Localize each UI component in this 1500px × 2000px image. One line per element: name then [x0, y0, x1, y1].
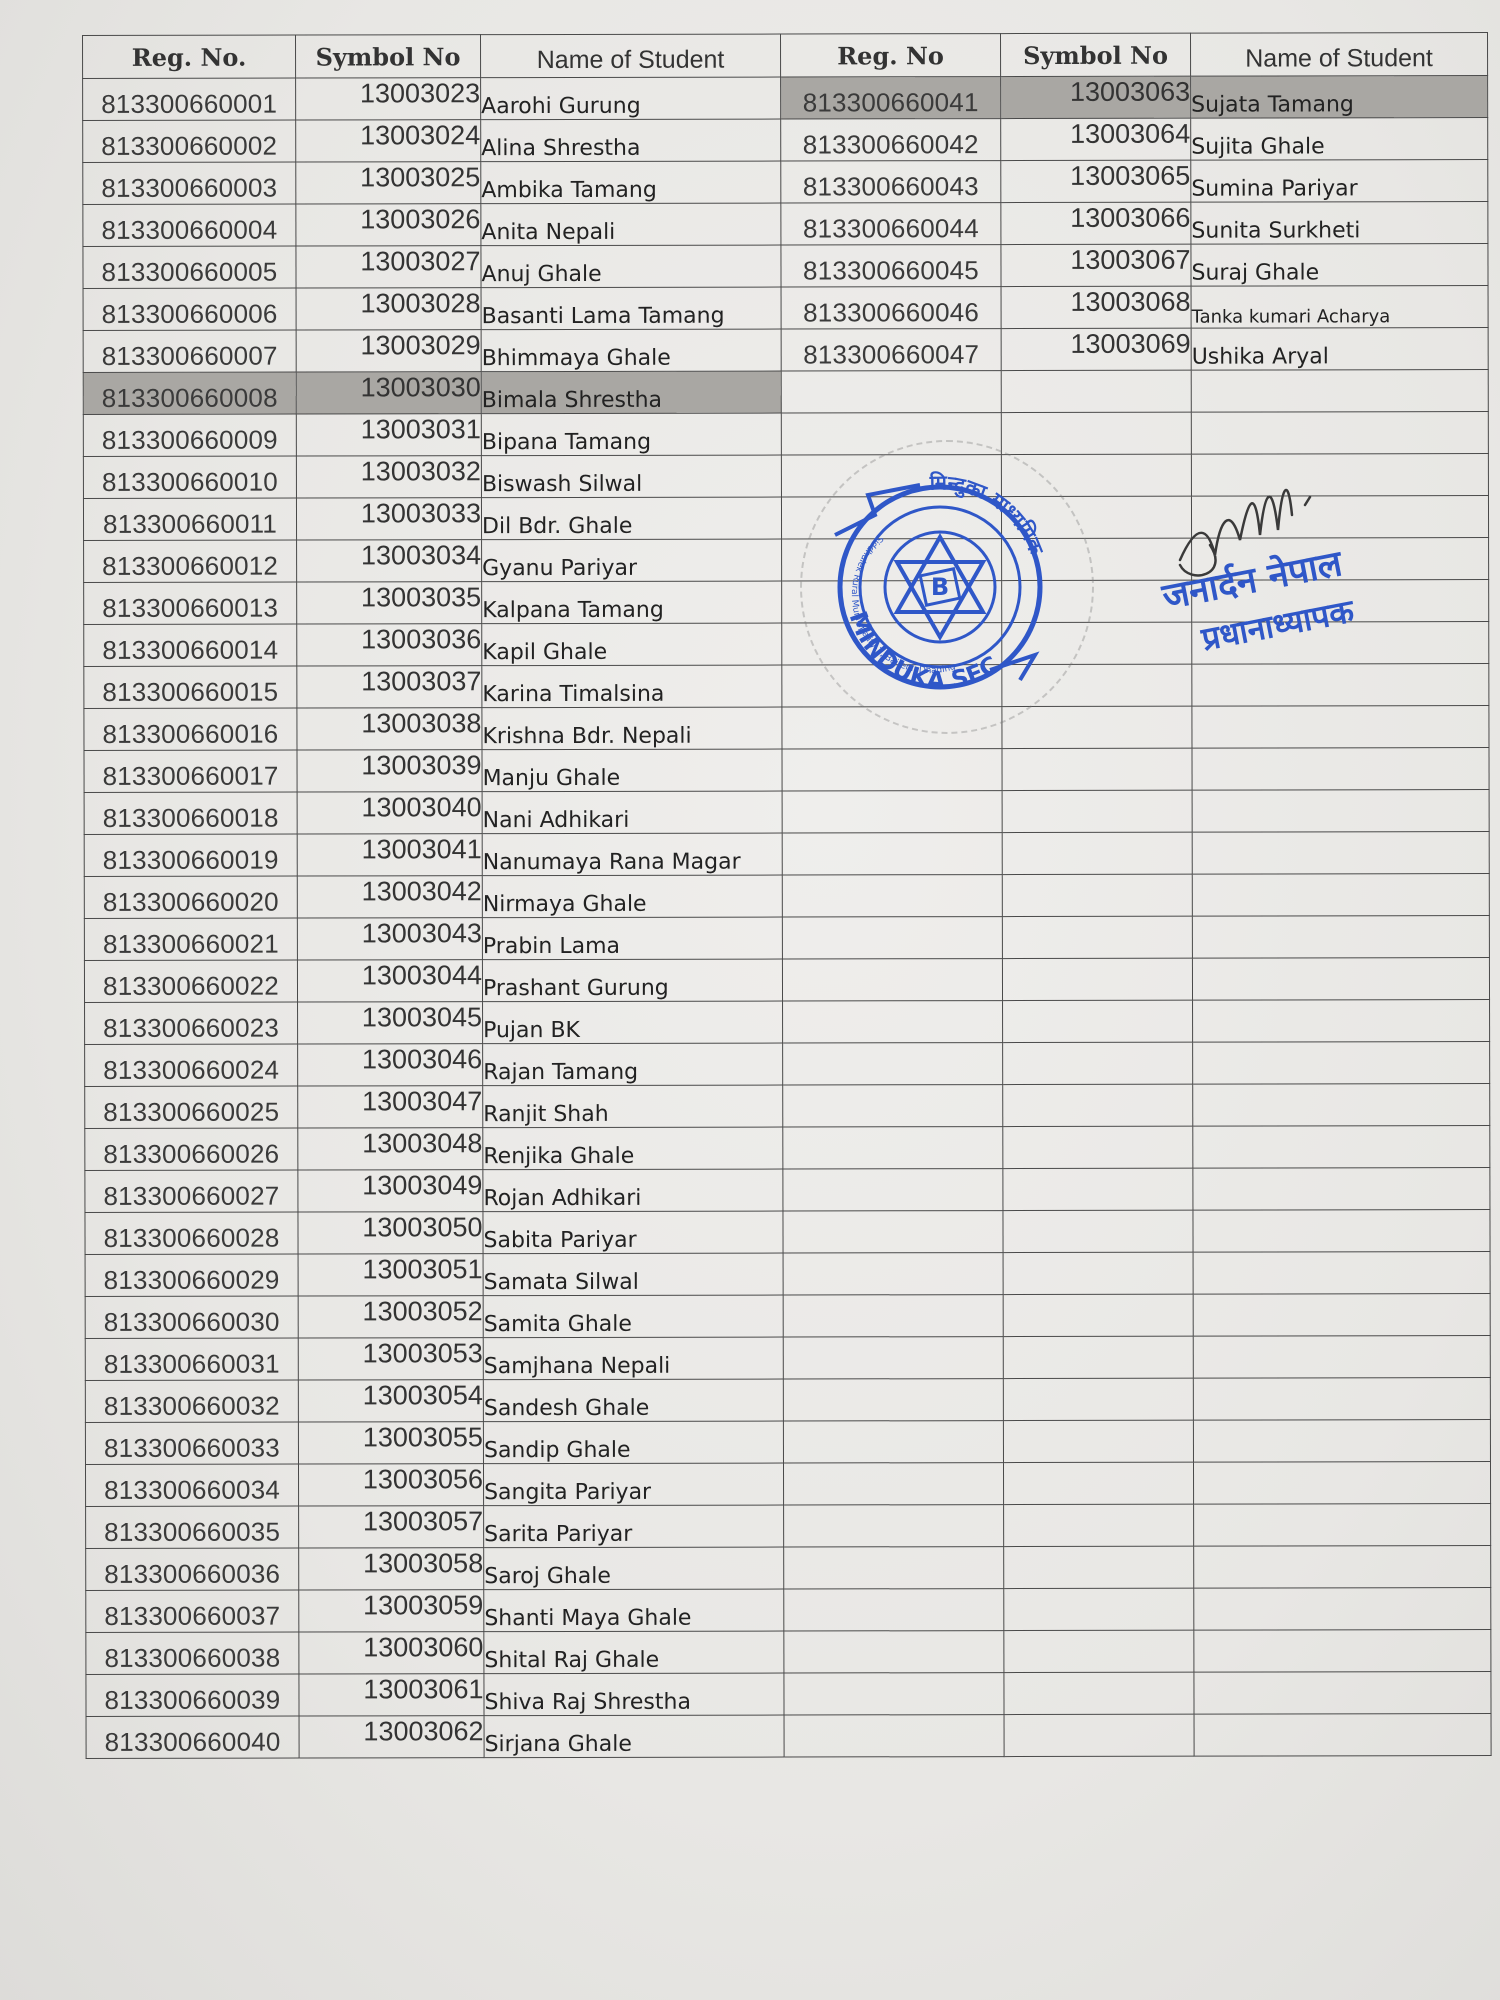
symbol-no-cell: 13003048	[298, 1128, 483, 1170]
empty-cell	[1004, 1672, 1194, 1714]
empty-cell	[1002, 958, 1192, 1000]
empty-cell	[1004, 1504, 1194, 1546]
symbol-no-cell: 13003062	[299, 1716, 484, 1758]
empty-cell	[784, 1589, 1004, 1631]
student-name-cell: Nanumaya Rana Magar	[482, 833, 782, 876]
reg-no-cell: 813300660010	[83, 456, 296, 498]
empty-cell	[784, 1673, 1004, 1715]
empty-cell	[1193, 1420, 1490, 1463]
symbol-no-cell: 13003066	[1001, 202, 1191, 244]
symbol-no-cell: 13003024	[296, 120, 481, 162]
symbol-no-cell: 13003034	[297, 540, 482, 582]
student-name-cell: Sumina Pariyar	[1191, 160, 1488, 203]
symbol-no-cell: 13003068	[1001, 286, 1191, 328]
student-name-cell: Sandesh Ghale	[483, 1379, 783, 1422]
empty-cell	[1194, 1588, 1491, 1631]
empty-cell	[1004, 1546, 1194, 1588]
table-row: 81330066003613003058Saroj Ghale	[86, 1546, 1491, 1591]
student-name-cell: Bipana Tamang	[481, 413, 781, 456]
empty-cell	[782, 581, 1002, 623]
symbol-no-cell: 13003059	[299, 1590, 484, 1632]
empty-cell	[781, 497, 1001, 539]
table-body: 81330066000113003023Aarohi Gurung8133006…	[83, 76, 1492, 1759]
symbol-no-cell: 13003067	[1001, 244, 1191, 286]
student-name-cell: Sujita Ghale	[1191, 118, 1488, 161]
empty-cell	[783, 1421, 1003, 1463]
symbol-no-cell: 13003030	[296, 372, 481, 414]
empty-cell	[1194, 1672, 1491, 1715]
empty-cell	[781, 455, 1001, 497]
empty-cell	[783, 1169, 1003, 1211]
empty-cell	[782, 539, 1002, 581]
reg-no-cell: 813300660030	[85, 1296, 298, 1338]
table-row: 81330066001013003032Biswash Silwal	[83, 454, 1488, 499]
reg-no-cell: 813300660012	[84, 540, 297, 582]
student-name-cell: Sirjana Ghale	[484, 1715, 784, 1758]
empty-cell	[1003, 1084, 1193, 1126]
empty-cell	[1003, 1126, 1193, 1168]
empty-cell	[1193, 1084, 1490, 1127]
empty-cell	[1193, 1000, 1490, 1043]
reg-no-cell: 813300660007	[83, 330, 296, 372]
symbol-no-cell: 13003036	[297, 624, 482, 666]
student-name-cell: Krishna Bdr. Nepali	[482, 707, 782, 750]
empty-cell	[782, 665, 1002, 707]
symbol-no-cell: 13003054	[298, 1380, 483, 1422]
empty-cell	[1003, 1336, 1193, 1378]
student-name-cell: Pujan BK	[483, 1001, 783, 1044]
student-name-cell: Ranjit Shah	[483, 1085, 783, 1128]
reg-no-cell: 813300660004	[83, 204, 296, 246]
reg-no-cell: 813300660042	[781, 119, 1001, 161]
student-name-cell: Karina Timalsina	[482, 665, 782, 708]
student-name-cell: Renjika Ghale	[483, 1127, 783, 1170]
table-row: 81330066001813003040Nani Adhikari	[84, 790, 1489, 835]
header-name-left: Name of Student	[481, 34, 781, 78]
reg-no-cell: 813300660038	[86, 1632, 299, 1674]
symbol-no-cell: 13003027	[296, 246, 481, 288]
symbol-no-cell: 13003061	[299, 1674, 484, 1716]
student-name-cell: Saroj Ghale	[484, 1547, 784, 1590]
empty-cell	[1004, 1714, 1194, 1756]
empty-cell	[1193, 1462, 1490, 1505]
table-row: 81330066002413003046Rajan Tamang	[85, 1042, 1490, 1087]
student-name-cell: Prashant Gurung	[482, 959, 782, 1002]
empty-cell	[784, 1547, 1004, 1589]
symbol-no-cell: 13003033	[296, 498, 481, 540]
reg-no-cell: 813300660025	[85, 1086, 298, 1128]
empty-cell	[1001, 454, 1191, 496]
empty-cell	[782, 959, 1002, 1001]
reg-no-cell: 813300660032	[85, 1380, 298, 1422]
symbol-no-cell: 13003055	[298, 1422, 483, 1464]
reg-no-cell: 813300660028	[85, 1212, 298, 1254]
symbol-no-cell: 13003029	[296, 330, 481, 372]
student-name-cell: Shiva Raj Shrestha	[484, 1673, 784, 1716]
symbol-no-cell: 13003065	[1001, 160, 1191, 202]
student-name-cell: Basanti Lama Tamang	[481, 287, 781, 330]
student-name-cell: Shital Raj Ghale	[484, 1631, 784, 1674]
symbol-no-cell: 13003044	[297, 960, 482, 1002]
symbol-no-cell: 13003058	[299, 1548, 484, 1590]
table-row: 81330066002313003045Pujan BK	[85, 1000, 1490, 1045]
student-name-cell: Anuj Ghale	[481, 245, 781, 288]
symbol-no-cell: 13003043	[297, 918, 482, 960]
empty-cell	[1192, 664, 1489, 707]
symbol-no-cell: 13003028	[296, 288, 481, 330]
student-name-cell: Samjhana Nepali	[483, 1337, 783, 1380]
table-row: 81330066002213003044Prashant Gurung	[84, 958, 1489, 1003]
reg-no-cell: 813300660047	[781, 329, 1001, 371]
student-name-cell: Kapil Ghale	[482, 623, 782, 666]
table-row: 81330066001713003039Manju Ghale	[84, 748, 1489, 793]
empty-cell	[1002, 832, 1192, 874]
empty-cell	[783, 1253, 1003, 1295]
empty-cell	[783, 1337, 1003, 1379]
symbol-no-cell: 13003052	[298, 1296, 483, 1338]
table-row: 81330066002013003042Nirmaya Ghale	[84, 874, 1489, 919]
empty-cell	[782, 749, 1002, 791]
symbol-no-cell: 13003060	[299, 1632, 484, 1674]
empty-cell	[1003, 1000, 1193, 1042]
symbol-no-cell: 13003051	[298, 1254, 483, 1296]
table-row: 81330066001613003038Krishna Bdr. Nepali	[84, 706, 1489, 751]
empty-cell	[1004, 1630, 1194, 1672]
empty-cell	[1194, 1714, 1491, 1757]
reg-no-cell: 813300660034	[85, 1464, 298, 1506]
empty-cell	[782, 875, 1002, 917]
empty-cell	[783, 1043, 1003, 1085]
empty-cell	[1193, 1210, 1490, 1253]
empty-cell	[1192, 832, 1489, 875]
symbol-no-cell: 13003037	[297, 666, 482, 708]
empty-cell	[1194, 1504, 1491, 1547]
reg-no-cell: 813300660008	[83, 372, 296, 414]
empty-cell	[781, 413, 1001, 455]
student-name-cell: Kalpana Tamang	[482, 581, 782, 624]
symbol-no-cell: 13003035	[297, 582, 482, 624]
student-name-cell: Rojan Adhikari	[483, 1169, 783, 1212]
reg-no-cell: 813300660022	[84, 960, 297, 1002]
empty-cell	[782, 917, 1002, 959]
symbol-no-cell: 13003041	[297, 834, 482, 876]
student-name-cell: Dil Bdr. Ghale	[481, 497, 781, 540]
table-row: 81330066003313003055Sandip Ghale	[85, 1420, 1490, 1465]
reg-no-cell: 813300660017	[84, 750, 297, 792]
reg-no-cell: 813300660024	[85, 1044, 298, 1086]
student-register-table: Reg. No. Symbol No Name of Student Reg. …	[82, 32, 1492, 1759]
header-symbol-no-right: Symbol No	[1000, 33, 1190, 76]
reg-no-cell: 813300660006	[83, 288, 296, 330]
reg-no-cell: 813300660003	[83, 162, 296, 204]
table-row: 81330066002913003051Samata Silwal	[85, 1252, 1490, 1297]
reg-no-cell: 813300660005	[83, 246, 296, 288]
table-row: 81330066003213003054Sandesh Ghale	[85, 1378, 1490, 1423]
student-name-cell: Samita Ghale	[483, 1295, 783, 1338]
symbol-no-cell: 13003026	[296, 204, 481, 246]
table-row: 81330066000513003027Anuj Ghale8133006600…	[83, 244, 1488, 289]
symbol-no-cell: 13003025	[296, 162, 481, 204]
empty-cell	[1193, 1336, 1490, 1379]
table-row: 81330066002613003048Renjika Ghale	[85, 1126, 1490, 1171]
reg-no-cell: 813300660023	[85, 1002, 298, 1044]
student-name-cell: Bimala Shrestha	[481, 371, 781, 414]
table-row: 81330066002113003043Prabin Lama	[84, 916, 1489, 961]
empty-cell	[1003, 1420, 1193, 1462]
empty-cell	[1003, 1168, 1193, 1210]
reg-no-cell: 813300660020	[84, 876, 297, 918]
table-row: 81330066003013003052Samita Ghale	[85, 1294, 1490, 1339]
table-row: 81330066000813003030Bimala Shrestha	[83, 370, 1488, 415]
student-name-cell: Tanka kumari Acharya	[1191, 286, 1488, 329]
table-row: 81330066000213003024Alina Shrestha813300…	[83, 118, 1488, 163]
symbol-no-cell: 13003023	[296, 78, 481, 120]
empty-cell	[1001, 370, 1191, 412]
empty-cell	[783, 1211, 1003, 1253]
table-row: 81330066001913003041Nanumaya Rana Magar	[84, 832, 1489, 877]
empty-cell	[782, 791, 1002, 833]
empty-cell	[1191, 454, 1488, 497]
student-name-cell: Nani Adhikari	[482, 791, 782, 834]
empty-cell	[1003, 1252, 1193, 1294]
empty-cell	[1193, 1252, 1490, 1295]
empty-cell	[783, 1085, 1003, 1127]
empty-cell	[783, 1295, 1003, 1337]
empty-cell	[1002, 916, 1192, 958]
symbol-no-cell: 13003069	[1001, 328, 1191, 370]
table-row: 81330066000413003026Anita Nepali81330066…	[83, 202, 1488, 247]
empty-cell	[1194, 1630, 1491, 1673]
empty-cell	[1002, 874, 1192, 916]
empty-cell	[783, 1127, 1003, 1169]
table-row: 81330066003513003057Sarita Pariyar	[86, 1504, 1491, 1549]
empty-cell	[783, 1463, 1003, 1505]
student-name-cell: Aarohi Gurung	[481, 77, 781, 120]
table-row: 81330066002713003049Rojan Adhikari	[85, 1168, 1490, 1213]
empty-cell	[1002, 748, 1192, 790]
student-name-cell: Sujata Tamang	[1191, 76, 1488, 119]
empty-cell	[782, 623, 1002, 665]
reg-no-cell: 813300660009	[83, 414, 296, 456]
student-name-cell: Suraj Ghale	[1191, 244, 1488, 287]
symbol-no-cell: 13003047	[298, 1086, 483, 1128]
empty-cell	[1192, 706, 1489, 749]
table-row: 81330066002513003047Ranjit Shah	[85, 1084, 1490, 1129]
table-row: 81330066000713003029Bhimmaya Ghale813300…	[83, 328, 1488, 373]
empty-cell	[1191, 412, 1488, 455]
reg-no-cell: 813300660027	[85, 1170, 298, 1212]
empty-cell	[781, 371, 1001, 413]
empty-cell	[1192, 958, 1489, 1001]
symbol-no-cell: 13003046	[298, 1044, 483, 1086]
student-name-cell: Anita Nepali	[481, 203, 781, 246]
empty-cell	[783, 1379, 1003, 1421]
table-row: 81330066000913003031Bipana Tamang	[83, 412, 1488, 457]
empty-cell	[1002, 622, 1192, 664]
empty-cell	[784, 1505, 1004, 1547]
empty-cell	[1194, 1546, 1491, 1589]
empty-cell	[1004, 1588, 1194, 1630]
reg-no-cell: 813300660040	[86, 1716, 299, 1758]
student-name-cell: Ambika Tamang	[481, 161, 781, 204]
table-header-row: Reg. No. Symbol No Name of Student Reg. …	[83, 33, 1488, 79]
empty-cell	[1003, 1042, 1193, 1084]
symbol-no-cell: 13003053	[298, 1338, 483, 1380]
reg-no-cell: 813300660045	[781, 245, 1001, 287]
empty-cell	[1003, 1462, 1193, 1504]
table-row: 81330066003413003056Sangita Pariyar	[85, 1462, 1490, 1507]
symbol-no-cell: 13003064	[1001, 118, 1191, 160]
reg-no-cell: 813300660002	[83, 120, 296, 162]
empty-cell	[784, 1715, 1004, 1757]
empty-cell	[782, 833, 1002, 875]
student-name-cell: Samata Silwal	[483, 1253, 783, 1296]
empty-cell	[1193, 1168, 1490, 1211]
header-name-right: Name of Student	[1190, 33, 1487, 77]
student-name-cell: Nirmaya Ghale	[482, 875, 782, 918]
symbol-no-cell: 13003063	[1001, 76, 1191, 118]
reg-no-cell: 813300660018	[84, 792, 297, 834]
table-row: 81330066003813003060Shital Raj Ghale	[86, 1630, 1491, 1675]
student-name-cell: Shanti Maya Ghale	[484, 1589, 784, 1632]
empty-cell	[1192, 874, 1489, 917]
reg-no-cell: 813300660039	[86, 1674, 299, 1716]
student-name-cell: Sabita Pariyar	[483, 1211, 783, 1254]
reg-no-cell: 813300660031	[85, 1338, 298, 1380]
empty-cell	[1003, 1378, 1193, 1420]
empty-cell	[782, 707, 1002, 749]
symbol-no-cell: 13003045	[298, 1002, 483, 1044]
empty-cell	[1002, 664, 1192, 706]
symbol-no-cell: 13003040	[297, 792, 482, 834]
empty-cell	[784, 1631, 1004, 1673]
symbol-no-cell: 13003056	[298, 1464, 483, 1506]
table-row: 81330066000113003023Aarohi Gurung8133006…	[83, 76, 1488, 121]
symbol-no-cell: 13003042	[297, 876, 482, 918]
student-name-cell: Gyanu Pariyar	[482, 539, 782, 582]
student-name-cell: Manju Ghale	[482, 749, 782, 792]
reg-no-cell: 813300660044	[781, 203, 1001, 245]
student-name-cell: Sangita Pariyar	[483, 1463, 783, 1506]
reg-no-cell: 813300660015	[84, 666, 297, 708]
symbol-no-cell: 13003050	[298, 1212, 483, 1254]
reg-no-cell: 813300660026	[85, 1128, 298, 1170]
reg-no-cell: 813300660041	[781, 77, 1001, 119]
reg-no-cell: 813300660043	[781, 161, 1001, 203]
reg-no-cell: 813300660011	[83, 498, 296, 540]
student-name-cell: Ushika Aryal	[1191, 328, 1488, 371]
empty-cell	[1193, 1378, 1490, 1421]
header-reg-no-right: Reg. No	[780, 34, 1000, 77]
empty-cell	[783, 1001, 1003, 1043]
empty-cell	[1193, 1294, 1490, 1337]
reg-no-cell: 813300660013	[84, 582, 297, 624]
header-symbol-no-left: Symbol No	[296, 35, 481, 78]
empty-cell	[1192, 790, 1489, 833]
student-name-cell: Sunita Surkheti	[1191, 202, 1488, 245]
reg-no-cell: 813300660014	[84, 624, 297, 666]
symbol-no-cell: 13003038	[297, 708, 482, 750]
empty-cell	[1002, 790, 1192, 832]
reg-no-cell: 813300660036	[86, 1548, 299, 1590]
reg-no-cell: 813300660019	[84, 834, 297, 876]
student-name-cell: Sandip Ghale	[483, 1421, 783, 1464]
table-row: 81330066003113003053Samjhana Nepali	[85, 1336, 1490, 1381]
symbol-no-cell: 13003039	[297, 750, 482, 792]
reg-no-cell: 813300660016	[84, 708, 297, 750]
student-name-cell: Bhimmaya Ghale	[481, 329, 781, 372]
reg-no-cell: 813300660021	[84, 918, 297, 960]
header-reg-no-left: Reg. No.	[83, 35, 296, 78]
empty-cell	[1191, 496, 1488, 539]
reg-no-cell: 813300660046	[781, 287, 1001, 329]
student-name-cell: Prabin Lama	[482, 917, 782, 960]
empty-cell	[1001, 496, 1191, 538]
table-row: 81330066003713003059Shanti Maya Ghale	[86, 1588, 1491, 1633]
empty-cell	[1002, 706, 1192, 748]
reg-no-cell: 813300660001	[83, 78, 296, 120]
table-row: 81330066002813003050Sabita Pariyar	[85, 1210, 1490, 1255]
table-row: 81330066004013003062Sirjana Ghale	[86, 1714, 1491, 1759]
empty-cell	[1001, 412, 1191, 454]
empty-cell	[1192, 748, 1489, 791]
reg-no-cell: 813300660035	[86, 1506, 299, 1548]
table-row: 81330066001113003033Dil Bdr. Ghale	[83, 496, 1488, 541]
symbol-no-cell: 13003032	[296, 456, 481, 498]
table-row: 81330066003913003061Shiva Raj Shrestha	[86, 1672, 1491, 1717]
student-name-cell: Sarita Pariyar	[484, 1505, 784, 1548]
empty-cell	[1191, 370, 1488, 413]
table-row: 81330066001513003037Karina Timalsina	[84, 664, 1489, 709]
table-row: 81330066000313003025Ambika Tamang8133006…	[83, 160, 1488, 205]
reg-no-cell: 813300660033	[85, 1422, 298, 1464]
student-name-cell: Alina Shrestha	[481, 119, 781, 162]
symbol-no-cell: 13003031	[296, 414, 481, 456]
empty-cell	[1193, 1126, 1490, 1169]
empty-cell	[1003, 1210, 1193, 1252]
reg-no-cell: 813300660037	[86, 1590, 299, 1632]
symbol-no-cell: 13003049	[298, 1170, 483, 1212]
empty-cell	[1003, 1294, 1193, 1336]
reg-no-cell: 813300660029	[85, 1254, 298, 1296]
table-row: 81330066000613003028Basanti Lama Tamang8…	[83, 286, 1488, 331]
student-name-cell: Rajan Tamang	[483, 1043, 783, 1086]
empty-cell	[1193, 1042, 1490, 1085]
empty-cell	[1192, 916, 1489, 959]
student-name-cell: Biswash Silwal	[481, 455, 781, 498]
symbol-no-cell: 13003057	[299, 1506, 484, 1548]
